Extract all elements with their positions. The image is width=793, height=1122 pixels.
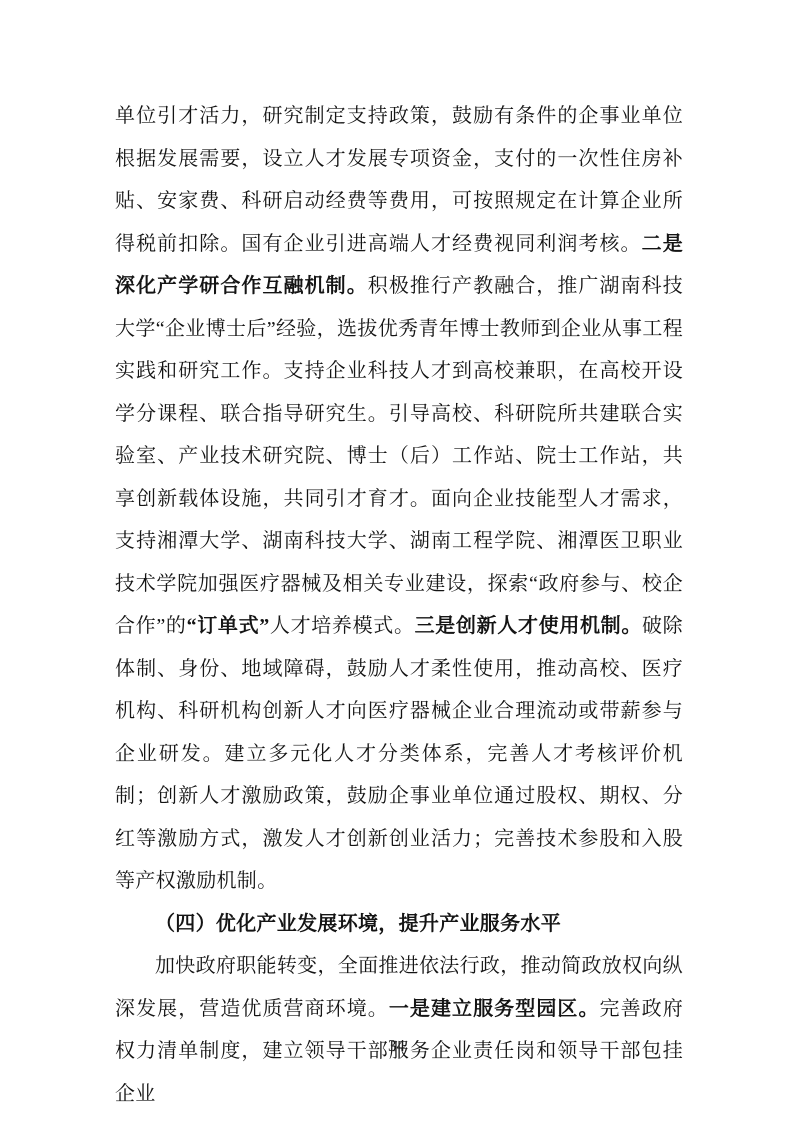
bold-text-run: （四）优化产业发展环境，提升产业服务水平	[155, 913, 561, 935]
body-paragraph: 加快政府职能转变，全面推进依法行政，推动简政放权向纵深发展，营造优质营商环境。一…	[115, 945, 683, 1115]
bold-text-run: 三是创新人才使用机制。	[415, 615, 642, 637]
document-body: 单位引才活力，研究制定支持政策，鼓励有条件的企事业单位根据发展需要，设立人才发展…	[115, 95, 683, 1115]
text-run: 单位引才活力，研究制定支持政策，鼓励有条件的企事业单位根据发展需要，设立人才发展…	[115, 105, 683, 255]
bold-text-run: “订单式”	[187, 615, 270, 637]
body-paragraph: 单位引才活力，研究制定支持政策，鼓励有条件的企事业单位根据发展需要，设立人才发展…	[115, 95, 683, 903]
page-number: 34	[388, 1036, 405, 1055]
text-run: 人才培养模式。	[270, 615, 415, 637]
text-run: 积极推行产教融合，推广湖南科技大学“企业博士后”经验，选拔优秀青年博士教师到企业…	[115, 275, 683, 637]
bold-text-run: 一是建立服务型园区。	[389, 998, 600, 1020]
text-run: 破除体制、身份、地域障碍，鼓励人才柔性使用，推动高校、医疗机构、科研机构创新人才…	[115, 615, 683, 892]
document-page: 单位引才活力，研究制定支持政策，鼓励有条件的企事业单位根据发展需要，设立人才发展…	[0, 0, 793, 1122]
page-footer: 34	[0, 1034, 793, 1058]
section-heading: （四）优化产业发展环境，提升产业服务水平	[115, 903, 683, 946]
